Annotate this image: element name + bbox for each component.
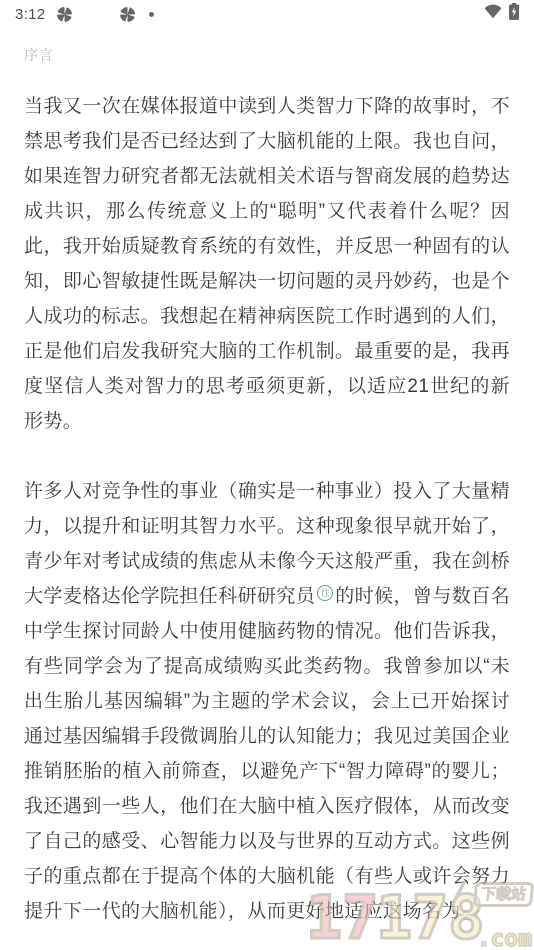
paragraph-1: 当我又一次在媒体报道中读到人类智力下降的故事时，不禁思考我们是否已经达到了大脑机… [24,89,510,439]
chapter-title: 序言 [24,45,510,65]
ebook-reader-screen: 3:12 序言 当我又一次在媒体报道中读到人类智力下降的故事时，不禁思考我们是否… [0,0,534,950]
watermark-domain: .com [477,926,532,950]
reading-page[interactable]: 序言 当我又一次在媒体报道中读到人类智力下降的故事时，不禁思考我们是否已经达到了… [0,0,534,929]
paragraph-2-text-after-note: 的时候，曾与数百名中学生探讨同龄人中使用健脑药物的情况。他们告诉我，有些同学会为… [24,586,510,922]
page-indicator: 2 / [462,907,478,923]
footnote-marker[interactable]: 注 [317,585,333,601]
paragraph-2: 许多人对竞争性的事业（确实是一种事业）投入了大量精力，以提升和证明其智力水平。这… [24,474,510,929]
